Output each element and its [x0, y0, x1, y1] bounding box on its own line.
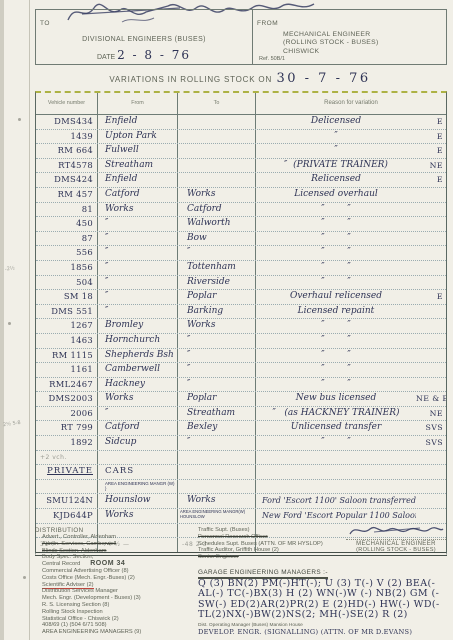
- distribution-item: Costs Office (Mech. Engr.-Buses) (2): [35, 575, 193, 582]
- to-location: ″: [178, 363, 256, 377]
- distribution-item: AREA ENGINEERING MANAGERS (9): [35, 629, 193, 636]
- table-row: 1463 Hornchurch ″ ″ ″: [36, 334, 446, 349]
- table-row: RM 457 Catford Works Licensed overhaul: [36, 188, 446, 203]
- table-row: SMU124N Hounslow Works Ford 'Escort 1100…: [36, 494, 446, 509]
- distribution-item: R. S. Licensing Section (8): [35, 602, 193, 609]
- vehicle-number: RT4578: [36, 159, 98, 173]
- vehicle-number: DMS 551: [36, 305, 98, 319]
- from-location: Catford: [98, 188, 178, 202]
- to-cell: TO DIVISIONAL ENGINEERS (BUSES) DATE 2 -…: [36, 10, 253, 64]
- variations-table: Vehicle number From To Reason for variat…: [35, 91, 447, 556]
- from-address: MECHANICAL ENGINEER (ROLLING STOCK - BUS…: [283, 31, 442, 56]
- from-location: Catford: [98, 421, 178, 435]
- reason-for-variation: ″ ″: [256, 276, 416, 290]
- garage-codes-line: TL(2)NX(-)BW(2)NS(2; MH(-)SE(2) R (2): [198, 610, 453, 621]
- to-location: Bexley: [178, 421, 256, 435]
- table-row: RT 799 Catford Bexley Unlicensed transfe…: [36, 421, 446, 436]
- distribution-item: Commercial Advertising Officer (8): [35, 568, 193, 575]
- status-code: [416, 494, 446, 508]
- reason-for-variation: [256, 465, 416, 479]
- to-location: ″: [178, 334, 256, 348]
- status-code: [416, 246, 446, 260]
- status-code: [416, 261, 446, 275]
- vehicle-number: DMS434: [36, 115, 98, 129]
- status-code: [416, 319, 446, 333]
- distribution-list: DISTRIBUTION Advert., Controller, Aldenh…: [35, 527, 193, 636]
- to-label: TO: [40, 20, 50, 27]
- reason-for-variation: ″ (as HACKNEY TRAINER): [256, 407, 416, 421]
- table-row: 81 Works Catford ″ ″: [36, 203, 446, 218]
- to-location: ″: [178, 436, 256, 450]
- table-row: DMS 551 ″ Barking Licensed repaint: [36, 305, 446, 320]
- to-location: Works: [178, 188, 256, 202]
- status-code: [416, 305, 446, 319]
- reason-for-variation: ″ ″: [256, 261, 416, 275]
- status-code: [416, 188, 446, 202]
- vehicle-number: SM 18: [36, 290, 98, 304]
- from-location: Works: [98, 392, 178, 406]
- vehicle-number: 504: [36, 276, 98, 290]
- scan-edge-line: [29, 0, 30, 640]
- table-row: DMS424 Enfield Relicensed E: [36, 173, 446, 188]
- title-printed: VARIATIONS IN ROLLING STOCK ON: [109, 75, 272, 84]
- distribution-item: Rolling Stock Inspection: [35, 609, 193, 616]
- table-row: DMS434 Enfield Delicensed E: [36, 115, 446, 130]
- to-location: Poplar: [178, 392, 256, 406]
- margin-pencil-note: -2½: [5, 265, 16, 272]
- to-location: ″: [178, 349, 256, 363]
- reason-for-variation: [256, 480, 416, 494]
- garage-codes-block: Q (3) BN(2) PM(-)HT(-); U (3) T(-) V (2)…: [198, 579, 453, 621]
- vehicle-number: RM 457: [36, 188, 98, 202]
- table-row: 504 ″ Riverside ″ ″: [36, 276, 446, 291]
- status-code: [416, 203, 446, 217]
- distribution-item: Admin. Services, Camberwell: [35, 541, 193, 548]
- distribution-item: Advert., Controller, Aldenham: [35, 534, 193, 541]
- to-location: Tottenham: [178, 261, 256, 275]
- to-location: Barking: [178, 305, 256, 319]
- table-row: RML2467 Hackney ″ ″ ″: [36, 378, 446, 393]
- to-location: [178, 130, 256, 144]
- scanned-memo-page: TO DIVISIONAL ENGINEERS (BUSES) DATE 2 -…: [0, 0, 453, 640]
- vehicle-number: RML2467: [36, 378, 98, 392]
- from-location: Upton Park: [98, 130, 178, 144]
- status-code: [416, 232, 446, 246]
- from-location: CARS: [98, 465, 178, 479]
- distribution-item: Central RecordROOM 34: [35, 561, 193, 568]
- from-location: Hounslow: [98, 494, 178, 508]
- status-code: NE & E: [416, 392, 446, 406]
- from-line: (ROLLING STOCK - BUSES): [283, 39, 442, 47]
- vehicle-number: DMS2003: [36, 392, 98, 406]
- column-header-reason: Reason for variation: [256, 93, 446, 114]
- reason-for-variation: ″ ″: [256, 203, 416, 217]
- date-label: DATE: [97, 54, 115, 61]
- vehicle-number: 450: [36, 217, 98, 231]
- memo-header-box: TO DIVISIONAL ENGINEERS (BUSES) DATE 2 -…: [35, 9, 447, 65]
- status-code: NE: [416, 407, 446, 421]
- table-row: 450 ″ Walworth ″ ″: [36, 217, 446, 232]
- reason-for-variation: ″ ″: [256, 334, 416, 348]
- from-location: Hornchurch: [98, 334, 178, 348]
- vehicle-number: DMS424: [36, 173, 98, 187]
- distribution-heading: DISTRIBUTION: [35, 527, 193, 534]
- reason-for-variation: ″: [256, 144, 416, 158]
- scan-speck: [8, 322, 11, 325]
- title-date-handwritten: 30 - 7 - 76: [276, 71, 370, 86]
- from-location: ″: [98, 407, 178, 421]
- table-row: DMS2003 Works Poplar New bus licensed NE…: [36, 392, 446, 407]
- status-code: [416, 349, 446, 363]
- from-location: ″: [98, 290, 178, 304]
- vehicle-number: 1267: [36, 319, 98, 333]
- status-code: E: [416, 115, 446, 129]
- to-location: [178, 173, 256, 187]
- distribution-item: Statistical Office - Chiswick (2): [35, 616, 193, 623]
- vehicle-number: SMU124N: [36, 494, 98, 508]
- status-code: E: [416, 144, 446, 158]
- vehicle-number: 1856: [36, 261, 98, 275]
- from-location: ″: [98, 246, 178, 260]
- to-location: ″: [178, 246, 256, 260]
- reason-for-variation: Relicensed: [256, 173, 416, 187]
- table-row: PRIVATE CARS: [36, 465, 446, 480]
- from-location: ″: [98, 305, 178, 319]
- from-location: Fulwell: [98, 144, 178, 158]
- reason-for-variation: Licensed overhaul: [256, 188, 416, 202]
- reason-for-variation: ″ ″: [256, 246, 416, 260]
- vehicle-number: 1463: [36, 334, 98, 348]
- date-line: DATE 2 - 8 - 76: [40, 48, 248, 62]
- reason-for-variation: ″ ″: [256, 217, 416, 231]
- from-location: Works: [98, 509, 178, 523]
- table-row: 1439 Upton Park ″ E: [36, 130, 446, 145]
- from-location: Hackney: [98, 378, 178, 392]
- reason-for-variation: [256, 451, 416, 465]
- vehicle-number: RT 799: [36, 421, 98, 435]
- status-code: E: [416, 290, 446, 304]
- table-row: RM 1115 Shepherds Bsh ″ ″ ″: [36, 349, 446, 364]
- develop-engineer-line-handwritten: DEVELOP. ENGR. (SIGNALLING) (ATTN. OF MR…: [198, 628, 453, 636]
- to-location: [178, 115, 256, 129]
- vehicle-number: [36, 480, 98, 494]
- status-code: NE: [416, 159, 446, 173]
- from-line: CHISWICK: [283, 48, 442, 56]
- from-location: Streatham: [98, 159, 178, 173]
- scan-speck: [18, 118, 21, 121]
- to-location: Streatham: [178, 407, 256, 421]
- column-header-from: From: [98, 93, 178, 114]
- reason-for-variation: ″ ″: [256, 349, 416, 363]
- table-body: DMS434 Enfield Delicensed E 1439 Upton P…: [36, 115, 446, 552]
- from-label: FROM: [257, 20, 278, 27]
- to-location: Catford: [178, 203, 256, 217]
- status-code: [416, 378, 446, 392]
- signature-block: MECHANICAL ENGINEER (ROLLING STOCK - BUS…: [340, 521, 452, 553]
- from-location: ″: [98, 217, 178, 231]
- status-code: [416, 451, 446, 465]
- reason-for-variation: Overhaul relicensed: [256, 290, 416, 304]
- table-row: 1161 Camberwell ″ ″ ″: [36, 363, 446, 378]
- status-code: [416, 480, 446, 494]
- vehicle-number: KJD644P: [36, 509, 98, 523]
- to-location: [178, 144, 256, 158]
- table-row: 1892 Sidcup ″ ″ ″ SVS: [36, 436, 446, 451]
- reason-for-variation: ″ (PRIVATE TRAINER): [256, 159, 416, 173]
- from-location: [98, 451, 178, 465]
- vehicle-number: 81: [36, 203, 98, 217]
- to-value: DIVISIONAL ENGINEERS (BUSES): [40, 36, 248, 43]
- vehicle-number: 1892: [36, 436, 98, 450]
- to-location: Poplar: [178, 290, 256, 304]
- to-location: Works: [178, 319, 256, 333]
- vehicle-number: RM 1115: [36, 349, 98, 363]
- distribution-item: Senior Engineer: [198, 554, 453, 561]
- from-location: Works: [98, 203, 178, 217]
- distribution-item: Scientific Adviser (2): [35, 582, 193, 589]
- table-row: RM 664 Fulwell ″ E: [36, 144, 446, 159]
- from-location: Bromley: [98, 319, 178, 333]
- table-row: RT4578 Streatham ″ (PRIVATE TRAINER) NE: [36, 159, 446, 174]
- reason-for-variation: Unlicensed transfer: [256, 421, 416, 435]
- status-code: [416, 363, 446, 377]
- table-header-row: Vehicle number From To Reason for variat…: [36, 93, 446, 115]
- vehicle-number: 1161: [36, 363, 98, 377]
- distribution-item: Mech. Engr. (Development - Buses) (3): [35, 595, 193, 602]
- status-code: [416, 465, 446, 479]
- distribution-item: Distribution Services Manager: [35, 588, 193, 595]
- reason-for-variation: ″ ″: [256, 319, 416, 333]
- vehicle-number: RM 664: [36, 144, 98, 158]
- to-location: AREA ENGINEERING MANGR(W) HOUNSLOW: [178, 509, 256, 524]
- column-header-to: To: [178, 93, 256, 114]
- table-row: +2 vch.: [36, 451, 446, 466]
- signature-subtitle: (ROLLING STOCK - BUSES): [340, 547, 452, 553]
- to-location: Works: [178, 494, 256, 508]
- from-location: Shepherds Bsh: [98, 349, 178, 363]
- table-row: 87 ″ Bow ″ ″: [36, 232, 446, 247]
- from-location: ″: [98, 261, 178, 275]
- table-row: 2006 ″ Streatham ″ (as HACKNEY TRAINER) …: [36, 407, 446, 422]
- distribution-item: Blinds Section, Aldenham: [35, 548, 193, 555]
- reason-for-variation: ″: [256, 130, 416, 144]
- vehicle-number: PRIVATE: [36, 465, 98, 479]
- to-location: Riverside: [178, 276, 256, 290]
- from-location: Camberwell: [98, 363, 178, 377]
- signature-scrawl: [346, 521, 446, 540]
- column-header-vehicle: Vehicle number: [36, 93, 98, 114]
- from-location: Enfield: [98, 115, 178, 129]
- status-code: [416, 217, 446, 231]
- from-location: ″: [98, 232, 178, 246]
- from-location: AREA ENGINEERING MANGR (W) }: [98, 480, 178, 495]
- to-location: Walworth: [178, 217, 256, 231]
- vehicle-number: 556: [36, 246, 98, 260]
- to-location: ″: [178, 378, 256, 392]
- to-location: [178, 465, 256, 479]
- reason-for-variation: Delicensed: [256, 115, 416, 129]
- from-location: Enfield: [98, 173, 178, 187]
- document-title: VARIATIONS IN ROLLING STOCK ON 30 - 7 - …: [35, 69, 445, 87]
- reason-for-variation: ″ ″: [256, 232, 416, 246]
- status-code: [416, 334, 446, 348]
- table-row: AREA ENGINEERING MANGR (W) }: [36, 480, 446, 495]
- margin-pencil-note: 2½ 5-8: [3, 420, 21, 428]
- vehicle-number: 1439: [36, 130, 98, 144]
- from-location: Sidcup: [98, 436, 178, 450]
- vehicle-number: +2 vch.: [36, 451, 98, 465]
- vehicle-number: 87: [36, 232, 98, 246]
- to-location: [178, 159, 256, 173]
- date-value-handwritten: 2 - 8 - 76: [117, 48, 191, 62]
- status-code: [416, 276, 446, 290]
- status-code: SVS: [416, 421, 446, 435]
- from-location: ″: [98, 276, 178, 290]
- reason-for-variation: ″ ″: [256, 378, 416, 392]
- table-row: SM 18 ″ Poplar Overhaul relicensed E: [36, 290, 446, 305]
- to-location: [178, 451, 256, 465]
- vehicle-number: 2006: [36, 407, 98, 421]
- status-code: SVS: [416, 436, 446, 450]
- reason-for-variation: New bus licensed: [256, 392, 416, 406]
- reason-for-variation: ″ ″: [256, 436, 416, 450]
- reason-for-variation: ″ ″: [256, 363, 416, 377]
- table-row: 556 ″ ″ ″ ″: [36, 246, 446, 261]
- status-code: E: [416, 130, 446, 144]
- distribution-item: 408/69 (1) (504 6/71 508): [35, 622, 193, 629]
- status-code: E: [416, 173, 446, 187]
- reason-for-variation: Licensed repaint: [256, 305, 416, 319]
- distribution-items: Advert., Controller, AldenhamAdmin. Serv…: [35, 534, 193, 636]
- table-row: 1267 Bromley Works ″ ″: [36, 319, 446, 334]
- reference-number: Ref. 50B/1: [259, 56, 285, 62]
- from-line: MECHANICAL ENGINEER: [283, 31, 442, 39]
- to-location: [178, 480, 256, 494]
- from-cell: FROM MECHANICAL ENGINEER (ROLLING STOCK …: [253, 10, 446, 64]
- scan-speck: [23, 576, 26, 579]
- table-row: 1856 ″ Tottenham ″ ″: [36, 261, 446, 276]
- to-location: Bow: [178, 232, 256, 246]
- reason-for-variation: Ford 'Escort 1100' Saloon transferred & …: [256, 494, 416, 508]
